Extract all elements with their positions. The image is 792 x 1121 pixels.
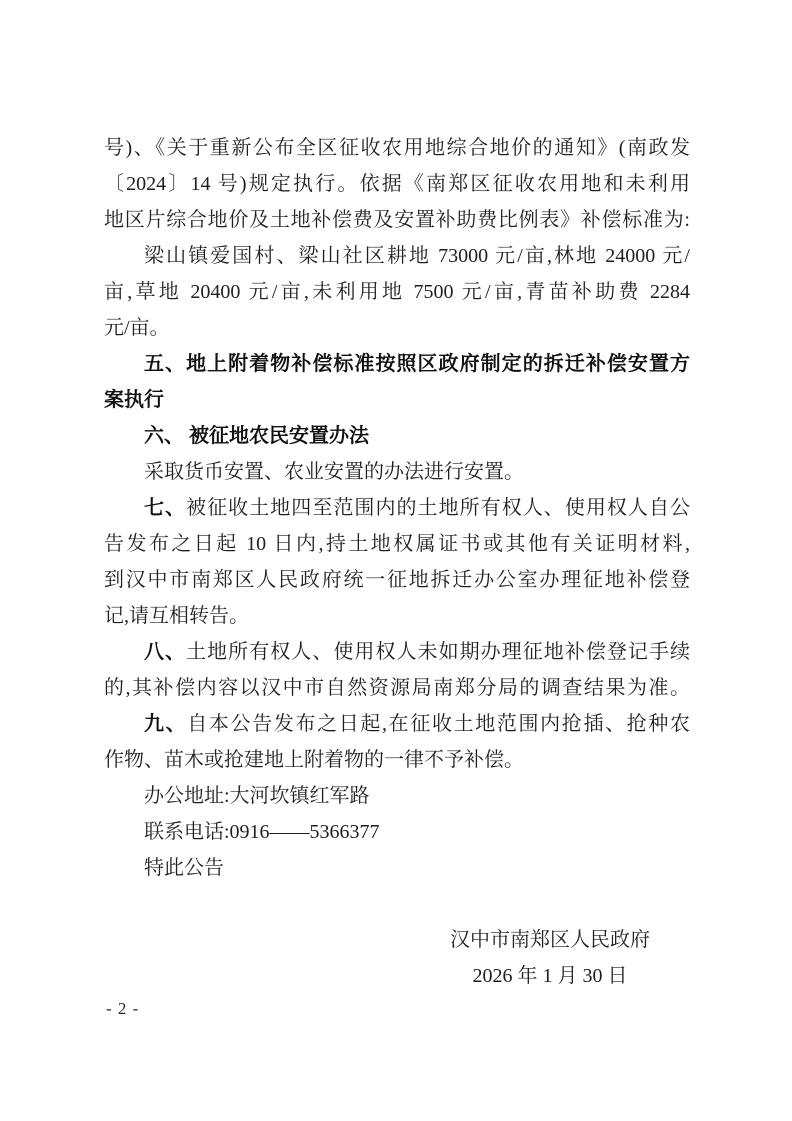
- text-line: 记,请互相转告。: [104, 598, 690, 634]
- signature-block: 汉中市南郑区人民政府 2026 年 1 月 30 日: [450, 922, 650, 994]
- page-number: - 2 -: [106, 998, 139, 1020]
- issuing-authority: 汉中市南郑区人民政府: [450, 922, 650, 958]
- text-line: 的,其补偿内容以汉中市自然资源局南郑分局的调查结果为准。: [104, 670, 690, 706]
- notice-page: 号)、《关于重新公布全区征收农用地综合地价的通知》(南政发〔2024〕14 号)…: [0, 0, 792, 1121]
- text-line: 五、地上附着物补偿标准按照区政府制定的拆迁补偿安置方: [104, 346, 690, 382]
- text-line: 九、自本公告发布之日起,在征收土地范围内抢插、抢种农: [104, 706, 690, 742]
- text-line: 特此公告: [104, 850, 690, 886]
- text-line: 号)、《关于重新公布全区征收农用地综合地价的通知》(南政发: [104, 130, 690, 166]
- section-number: 九、: [144, 713, 187, 735]
- text-line: 六、 被征地农民安置办法: [104, 418, 690, 454]
- text-line: 采取货币安置、农业安置的办法进行安置。: [104, 454, 690, 490]
- text-line: 地区片综合地价及土地补偿费及安置补助费比例表》补偿标准为:: [104, 202, 690, 238]
- text-line: 元/亩。: [104, 310, 690, 346]
- text-line: 梁山镇爱国村、梁山社区耕地 73000 元/亩,林地 24000 元/: [104, 238, 690, 274]
- section-number: 八、: [144, 641, 186, 663]
- document-body: 号)、《关于重新公布全区征收农用地综合地价的通知》(南政发〔2024〕14 号)…: [104, 130, 690, 886]
- text-line: 告发布之日起 10 日内,持土地权属证书或其他有关证明材料,: [104, 526, 690, 562]
- text-line: 作物、苗木或抢建地上附着物的一律不予补偿。: [104, 742, 690, 778]
- text-line: 办公地址:大河坎镇红军路: [104, 778, 690, 814]
- text-line: 七、被征收土地四至范围内的土地所有权人、使用权人自公: [104, 490, 690, 526]
- text-line: 案执行: [104, 382, 690, 418]
- text-line: 八、土地所有权人、使用权人未如期办理征地补偿登记手续: [104, 634, 690, 670]
- text-line: 到汉中市南郑区人民政府统一征地拆迁办公室办理征地补偿登: [104, 562, 690, 598]
- section-number: 七、: [144, 497, 186, 519]
- text-line: 亩,草地 20400 元/亩,未利用地 7500 元/亩,青苗补助费 2284: [104, 274, 690, 310]
- text-line: 联系电话:0916——5366377: [104, 814, 690, 850]
- issue-date: 2026 年 1 月 30 日: [450, 958, 650, 994]
- text-line: 〔2024〕14 号)规定执行。依据《南郑区征收农用地和未利用: [104, 166, 690, 202]
